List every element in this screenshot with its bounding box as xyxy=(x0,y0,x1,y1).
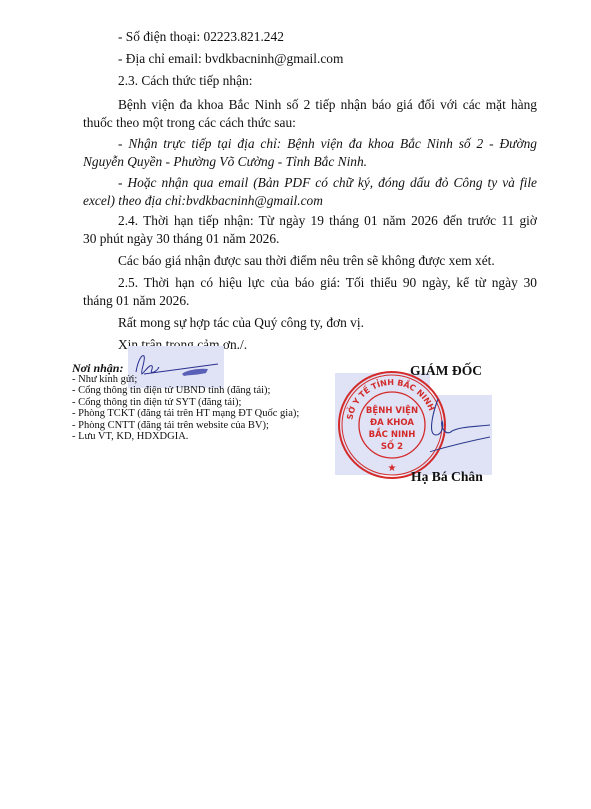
email-line: - Địa chỉ email: bvdkbacninh@gmail.com xyxy=(118,51,343,67)
section-2-5-line2: tháng 01 năm 2026. xyxy=(83,293,189,309)
director-name: Hạ Bá Chân xyxy=(411,469,483,485)
svg-text:BỆNH VIỆN: BỆNH VIỆN xyxy=(366,405,418,416)
recipient-item: - Phòng CNTT (đăng tải trên website của … xyxy=(72,420,299,431)
svg-text:★: ★ xyxy=(388,463,397,474)
director-signature xyxy=(430,395,492,475)
section-2-3-heading: 2.3. Cách thức tiếp nhận: xyxy=(118,73,252,89)
recipient-item: - Cổng thông tin điện tử UBND tỉnh (đăng… xyxy=(72,385,299,396)
cooperation-line: Rất mong sự hợp tác của Quý công ty, đơn… xyxy=(118,315,364,331)
option-direct-line1: - Nhận trực tiếp tại địa chỉ: Bệnh viện … xyxy=(118,136,537,152)
recipient-item: - Phòng TCKT (đăng tải trên HT mạng ĐT Q… xyxy=(72,408,299,419)
recipient-item: - Lưu VT, KD, HDXDGIA. xyxy=(72,431,299,442)
option-email-line2: excel) theo địa chỉ:bvdkbacninh@gmail.co… xyxy=(83,193,323,209)
recipient-item: - Như kính gửi; xyxy=(72,374,299,385)
section-2-4-line1: 2.4. Thời hạn tiếp nhận: Từ ngày 19 thán… xyxy=(118,213,537,229)
phone-line: - Số điện thoại: 02223.821.242 xyxy=(118,29,284,45)
option-direct-line2: Nguyễn Quyền - Phường Võ Cường - Tỉnh Bắ… xyxy=(83,154,367,170)
section-2-4-line2: 30 phút ngày 30 tháng 01 năm 2026. xyxy=(83,231,279,247)
option-email-line1: - Hoặc nhận qua email (Bản PDF có chữ ký… xyxy=(118,175,537,191)
recipients-list: - Như kính gửi; - Cổng thông tin điện tử… xyxy=(72,374,299,442)
section-2-3-intro-line1: Bệnh viện đa khoa Bắc Ninh số 2 tiếp nhậ… xyxy=(118,97,537,113)
svg-text:ĐA KHOA: ĐA KHOA xyxy=(370,418,414,428)
section-2-3-intro-line2: thuốc theo một trong các cách thức sau: xyxy=(83,115,296,131)
section-2-4-note: Các báo giá nhận được sau thời điểm nêu … xyxy=(118,253,495,269)
svg-text:SỐ 2: SỐ 2 xyxy=(381,439,403,452)
section-2-5-line1: 2.5. Thời hạn có hiệu lực của báo giá: T… xyxy=(118,275,537,291)
svg-text:BẮC NINH: BẮC NINH xyxy=(369,427,416,440)
recipient-item: - Cổng thông tin điện tử SYT (đăng tải); xyxy=(72,397,299,408)
